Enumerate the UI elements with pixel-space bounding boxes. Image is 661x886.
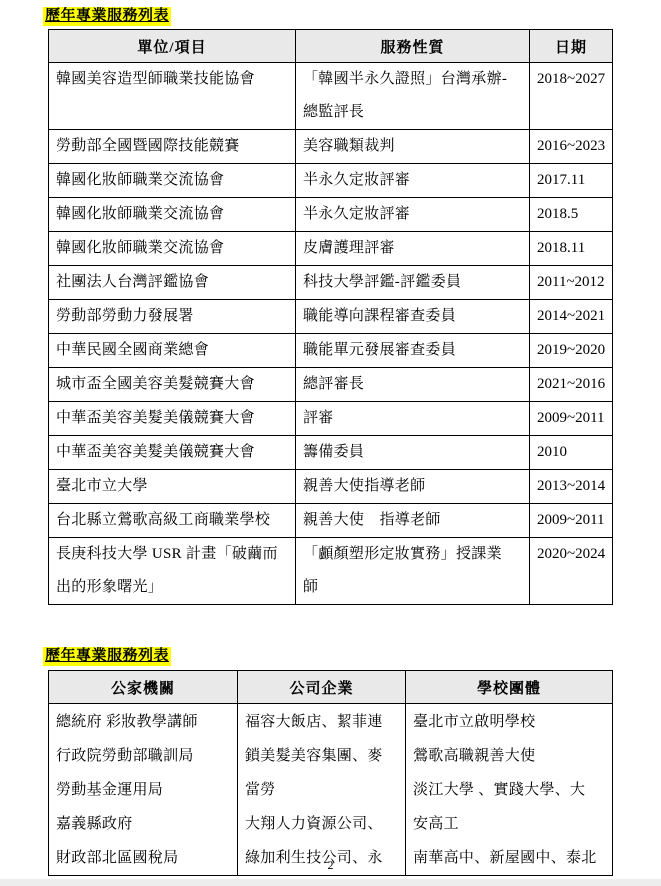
- section1-title: 歷年專業服務列表: [43, 7, 171, 26]
- unit-cell: 長庚科技大學 USR 計畫「破繭而 出的形象曙光」: [49, 538, 296, 605]
- unit-cell: 社團法人台灣評鑑協會: [49, 266, 296, 300]
- unit-cell: 韓國化妝師職業交流協會: [49, 232, 296, 266]
- service-cell: 籌備委員: [296, 436, 530, 470]
- date-cell: 2020~2024: [530, 538, 613, 605]
- unit-cell: 中華盃美容美髮美儀競賽大會: [49, 402, 296, 436]
- page-content: 歷年專業服務列表 單位/項目 服務性質 日期 韓國美容造型師職業技能協會 「韓國…: [0, 0, 661, 876]
- table-row: 長庚科技大學 USR 計畫「破繭而 出的形象曙光」 「顱顏塑形定妝實務」授課業 …: [49, 538, 613, 605]
- table-row: 中華民國全國商業總會 職能單元發展審查委員 2019~2020: [49, 334, 613, 368]
- table-row: 城市盃全國美容美髮競賽大會 總評審長 2021~2016: [49, 368, 613, 402]
- column-header-service: 服務性質: [296, 30, 530, 63]
- service-cell: 半永久定妝評審: [296, 198, 530, 232]
- service-cell: 皮膚護理評審: [296, 232, 530, 266]
- service-cell: 半永久定妝評審: [296, 164, 530, 198]
- unit-cell: 中華民國全國商業總會: [49, 334, 296, 368]
- government-list-cell: 總統府 彩妝教學講師 行政院勞動部職訓局 勞動基金運用局 嘉義縣政府 財政部北區…: [49, 704, 238, 876]
- company-list-cell: 福容大飯店、絜菲連 鎖美髮美容集團、麥 當勞 大翔人力資源公司、 綠加利生技公司…: [238, 704, 406, 876]
- school-list-cell: 臺北市立啟明學校 鶯歌高職親善大使 淡江大學 、實踐大學、大 安高工 南華高中、…: [406, 704, 613, 876]
- column-header-government: 公家機關: [49, 671, 238, 704]
- table-header-row: 單位/項目 服務性質 日期: [49, 30, 613, 63]
- date-cell: 2018.11: [530, 232, 613, 266]
- table-row: 總統府 彩妝教學講師 行政院勞動部職訓局 勞動基金運用局 嘉義縣政府 財政部北區…: [49, 704, 613, 876]
- service-cell: 職能單元發展審查委員: [296, 334, 530, 368]
- column-header-school: 學校團體: [406, 671, 613, 704]
- table-row: 臺北市立大學 親善大使指導老師 2013~2014: [49, 470, 613, 504]
- table-row: 韓國美容造型師職業技能協會 「韓國半永久證照」台灣承辦- 總監評長 2018~2…: [49, 63, 613, 130]
- service-cell: 「顱顏塑形定妝實務」授課業 師: [296, 538, 530, 605]
- service-category-table: 公家機關 公司企業 學校團體 總統府 彩妝教學講師 行政院勞動部職訓局 勞動基金…: [48, 670, 613, 876]
- date-cell: 2018~2027: [530, 63, 613, 130]
- service-cell: 美容職類裁判: [296, 130, 530, 164]
- table-row: 韓國化妝師職業交流協會 半永久定妝評審 2018.5: [49, 198, 613, 232]
- service-cell: 評審: [296, 402, 530, 436]
- service-cell: 職能導向課程審查委員: [296, 300, 530, 334]
- date-cell: 2018.5: [530, 198, 613, 232]
- unit-cell: 韓國化妝師職業交流協會: [49, 198, 296, 232]
- date-cell: 2009~2011: [530, 402, 613, 436]
- table-row: 勞動部勞動力發展署 職能導向課程審查委員 2014~2021: [49, 300, 613, 334]
- date-cell: 2021~2016: [530, 368, 613, 402]
- unit-cell: 勞動部全國暨國際技能競賽: [49, 130, 296, 164]
- date-cell: 2013~2014: [530, 470, 613, 504]
- document-page: 歷年專業服務列表 單位/項目 服務性質 日期 韓國美容造型師職業技能協會 「韓國…: [0, 0, 661, 886]
- table-row: 勞動部全國暨國際技能競賽 美容職類裁判 2016~2023: [49, 130, 613, 164]
- table-row: 中華盃美容美髮美儀競賽大會 評審 2009~2011: [49, 402, 613, 436]
- date-cell: 2009~2011: [530, 504, 613, 538]
- column-header-date: 日期: [530, 30, 613, 63]
- unit-cell: 韓國化妝師職業交流協會: [49, 164, 296, 198]
- unit-cell: 台北縣立鶯歌高級工商職業學校: [49, 504, 296, 538]
- service-cell: 「韓國半永久證照」台灣承辦- 總監評長: [296, 63, 530, 130]
- service-history-table: 單位/項目 服務性質 日期 韓國美容造型師職業技能協會 「韓國半永久證照」台灣承…: [48, 29, 613, 605]
- date-cell: 2019~2020: [530, 334, 613, 368]
- date-cell: 2011~2012: [530, 266, 613, 300]
- page-edge-strip: [0, 879, 661, 886]
- service-cell: 親善大使 指導老師: [296, 504, 530, 538]
- service-cell: 科技大學評鑑-評鑑委員: [296, 266, 530, 300]
- date-cell: 2016~2023: [530, 130, 613, 164]
- service-cell: 親善大使指導老師: [296, 470, 530, 504]
- table-row: 韓國化妝師職業交流協會 半永久定妝評審 2017.11: [49, 164, 613, 198]
- column-header-company: 公司企業: [238, 671, 406, 704]
- table-row: 社團法人台灣評鑑協會 科技大學評鑑-評鑑委員 2011~2012: [49, 266, 613, 300]
- table-row: 台北縣立鶯歌高級工商職業學校 親善大使 指導老師 2009~2011: [49, 504, 613, 538]
- unit-cell: 臺北市立大學: [49, 470, 296, 504]
- service-cell: 總評審長: [296, 368, 530, 402]
- column-header-unit: 單位/項目: [49, 30, 296, 63]
- date-cell: 2010: [530, 436, 613, 470]
- table-row: 中華盃美容美髮美儀競賽大會 籌備委員 2010: [49, 436, 613, 470]
- table-header-row: 公家機關 公司企業 學校團體: [49, 671, 613, 704]
- table-row: 韓國化妝師職業交流協會 皮膚護理評審 2018.11: [49, 232, 613, 266]
- date-cell: 2017.11: [530, 164, 613, 198]
- unit-cell: 中華盃美容美髮美儀競賽大會: [49, 436, 296, 470]
- page-number: 2: [0, 858, 661, 872]
- unit-cell: 勞動部勞動力發展署: [49, 300, 296, 334]
- unit-cell: 城市盃全國美容美髮競賽大會: [49, 368, 296, 402]
- date-cell: 2014~2021: [530, 300, 613, 334]
- section2-title: 歷年專業服務列表: [43, 647, 171, 666]
- unit-cell: 韓國美容造型師職業技能協會: [49, 63, 296, 130]
